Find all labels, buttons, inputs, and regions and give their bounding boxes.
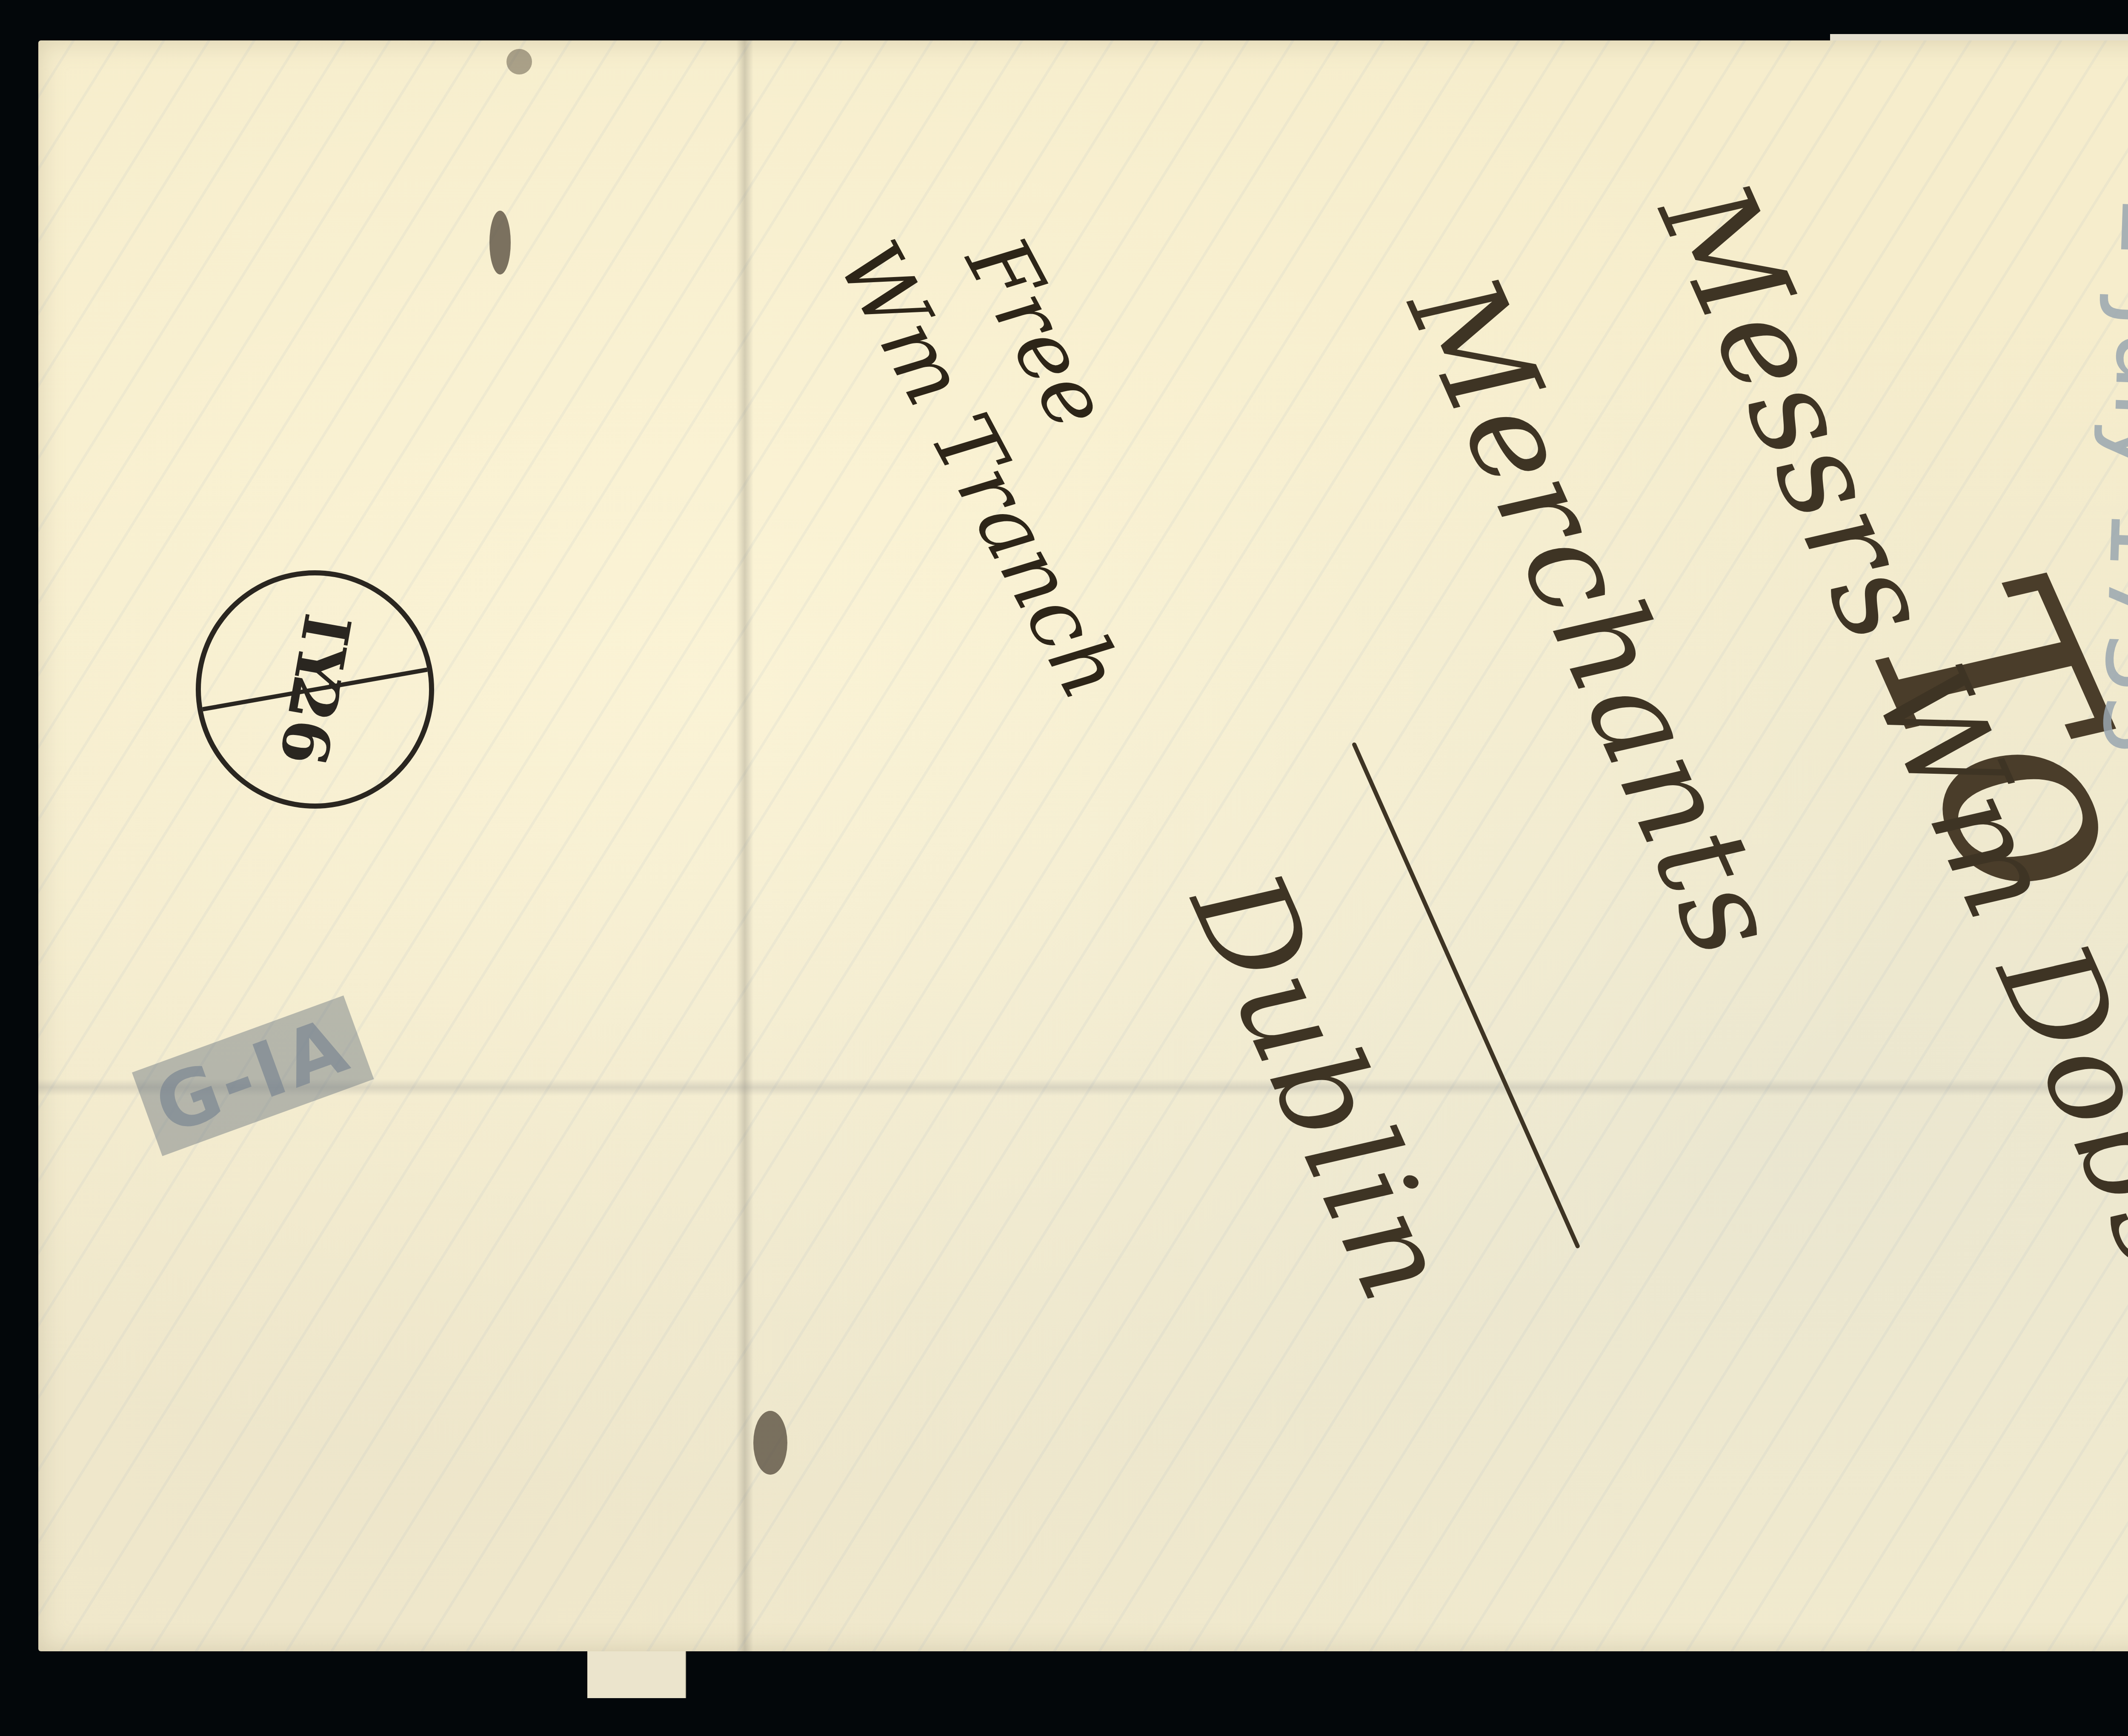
ink-blot — [753, 1411, 787, 1475]
underlying-flap — [587, 1651, 686, 1698]
fold-line-vertical — [736, 40, 753, 1651]
ink-stain — [489, 211, 511, 275]
ink-stain — [506, 49, 532, 74]
bishop-mark-day: 26 — [265, 670, 354, 770]
